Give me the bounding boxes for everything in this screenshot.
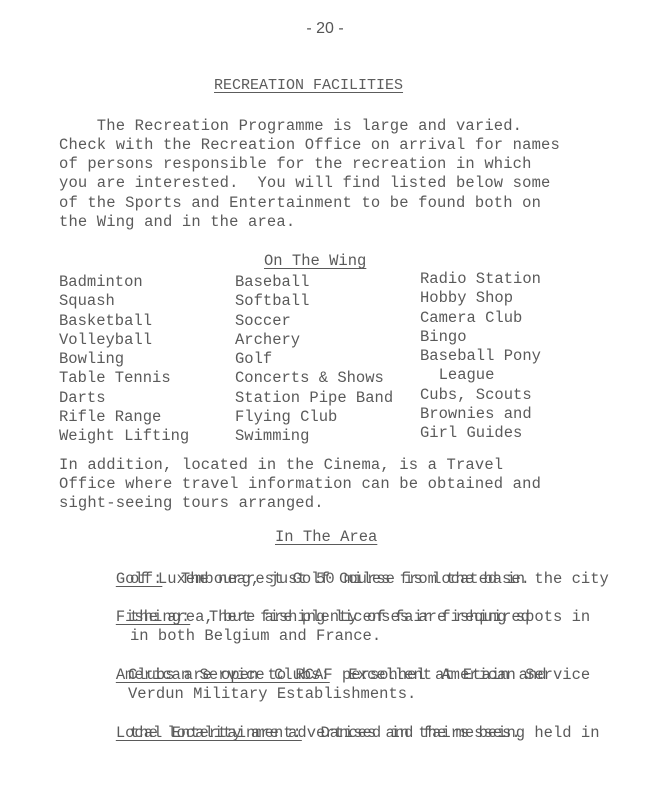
- activity-item: Rifle Range: [59, 408, 189, 427]
- entry-text: in both Belgium and France.: [130, 627, 381, 646]
- activity-item: Weight Lifting: [59, 427, 189, 446]
- activity-item: Hobby Shop: [420, 289, 541, 308]
- travel-line: In addition, located in the Cinema, is a…: [59, 456, 503, 475]
- in-the-area-heading: In The Area: [275, 528, 377, 546]
- activity-item: Squash: [59, 292, 189, 311]
- activity-item: Baseball Pony: [420, 347, 541, 366]
- on-the-wing-heading: On The Wing: [264, 252, 366, 270]
- page-title: RECREATION FACILITIES: [214, 77, 403, 94]
- activity-item: Badminton: [59, 273, 189, 292]
- travel-line: Office where travel information can be o…: [59, 475, 541, 494]
- activity-item: Station Pipe Band: [235, 389, 393, 408]
- activity-item: Swimming: [235, 427, 393, 446]
- wing-column-2: Baseball Softball Soccer Archery Golf Co…: [235, 273, 393, 447]
- intro-line: of persons responsible for the recreatio…: [59, 155, 532, 174]
- wing-column-1: Badminton Squash Basketball Volleyball B…: [59, 273, 189, 447]
- intro-line: the Wing and in the area.: [59, 213, 295, 232]
- page-number: - 20 -: [0, 20, 650, 38]
- travel-line: sight-seeing tours arranged.: [59, 494, 324, 513]
- activity-item: Girl Guides: [420, 424, 541, 443]
- activity-item: Archery: [235, 331, 393, 350]
- activity-item: Softball: [235, 292, 393, 311]
- activity-item: Bingo: [420, 328, 541, 347]
- activity-item: Soccer: [235, 312, 393, 331]
- activity-item: Cubs, Scouts: [420, 386, 541, 405]
- activity-item: Radio Station: [420, 270, 541, 289]
- wing-column-3: Radio Station Hobby Shop Camera Club Bin…: [420, 270, 541, 444]
- activity-item: Concerts & Shows: [235, 369, 393, 388]
- intro-line: The Recreation Programme is large and va…: [59, 117, 522, 136]
- activity-item: Baseball: [235, 273, 393, 292]
- activity-item: League: [420, 366, 541, 385]
- activity-item: Volleyball: [59, 331, 189, 350]
- activity-item: Camera Club: [420, 309, 541, 328]
- entry-text: of Luxembourg, just 50 miles from the ba…: [130, 570, 530, 589]
- entry-text: the area, but fishing licenses are requi…: [130, 608, 530, 627]
- entry-text: Clubs are open to RCAF personnel at Etai…: [128, 666, 547, 685]
- activity-item: Brownies and: [420, 405, 541, 424]
- activity-item: Darts: [59, 389, 189, 408]
- entry-text: Verdun Military Establishments.: [128, 685, 416, 704]
- activity-item: Table Tennis: [59, 369, 189, 388]
- intro-line: you are interested. You will find listed…: [59, 174, 550, 193]
- activity-item: Basketball: [59, 312, 189, 331]
- document-page: - 20 - RECREATION FACILITIES The Recreat…: [0, 0, 650, 793]
- intro-line: of the Sports and Entertainment to be fo…: [59, 194, 541, 213]
- activity-item: Bowling: [59, 350, 189, 369]
- intro-line: Check with the Recreation Office on arri…: [59, 136, 560, 155]
- activity-item: Flying Club: [235, 408, 393, 427]
- entry-text: the locality are advertised in the messe…: [130, 724, 521, 743]
- activity-item: Golf: [235, 350, 393, 369]
